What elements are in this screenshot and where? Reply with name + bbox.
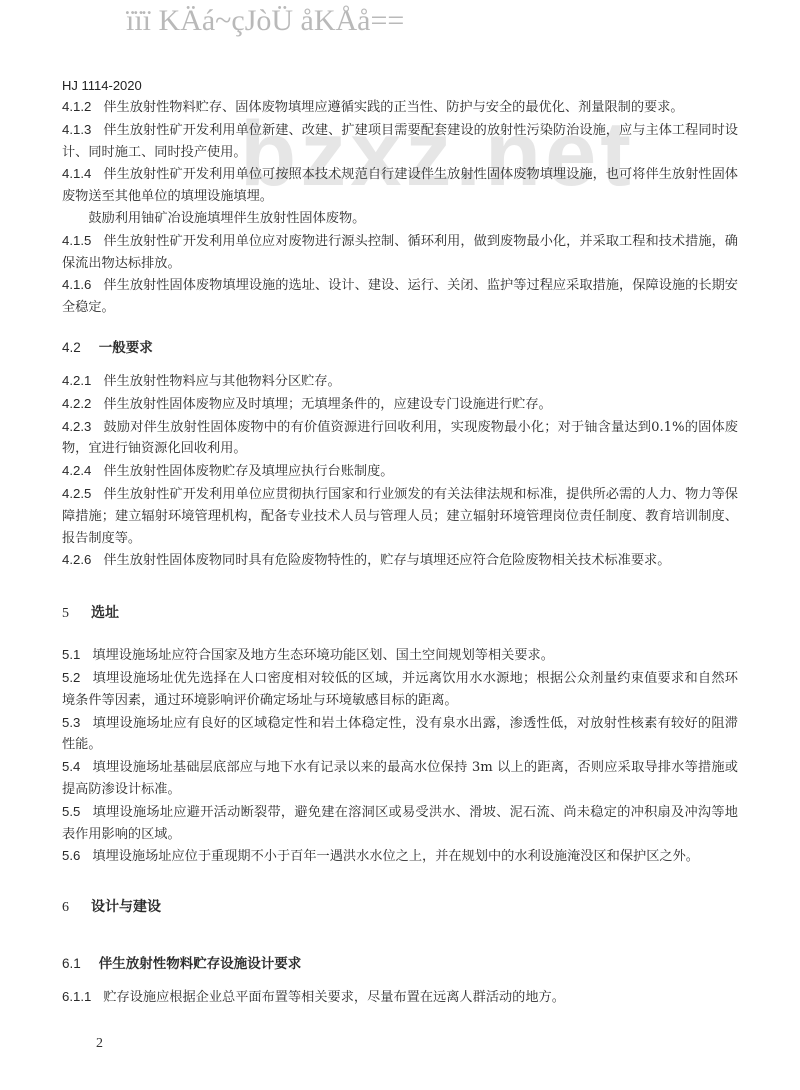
- clause-4-2-6: 4.2.6伴生放射性固体废物同时具有危险废物特性的，贮存与填埋还应符合危险废物相…: [62, 549, 738, 572]
- clause-text: 填埋设施场址基础层底部应与地下水有记录以来的最高水位保持 3m 以上的距离，否则…: [62, 760, 738, 797]
- clause-number: 6.1.1: [62, 989, 91, 1004]
- page-number: 2: [96, 1036, 103, 1052]
- clause-text: 伴生放射性物料应与其他物料分区贮存。: [103, 374, 340, 389]
- clause-text: 伴生放射性矿开发利用单位新建、改建、扩建项目需要配套建设的放射性污染防治设施，应…: [62, 123, 738, 160]
- clause-5-5: 5.5填埋设施场址应避开活动断裂带，避免建在溶洞区或易受洪水、滑坡、泥石流、尚未…: [62, 801, 738, 846]
- clause-text: 伴生放射性固体废物贮存及填埋应执行台账制度。: [103, 464, 393, 479]
- clause-text: 填埋设施场址应符合国家及地方生态环境功能区划、国土空间规划等相关要求。: [92, 648, 554, 663]
- clause-5-6: 5.6填埋设施场址应位于重现期不小于百年一遇洪水水位之上，并在规划中的水利设施淹…: [62, 845, 738, 868]
- clause-text: 伴生放射性矿开发利用单位应贯彻执行国家和行业颁发的有关法律法规和标准，提供所必需…: [62, 487, 738, 546]
- clause-5-2: 5.2填埋设施场址优先选择在人口密度相对较低的区域，并远离饮用水水源地；根据公众…: [62, 667, 738, 712]
- clause-text: 伴生放射性固体废物填埋设施的选址、设计、建设、运行、关闭、监护等过程应采取措施，…: [62, 278, 738, 315]
- clause-5-1: 5.1填埋设施场址应符合国家及地方生态环境功能区划、国土空间规划等相关要求。: [62, 644, 738, 667]
- heading-title: 一般要求: [99, 340, 153, 356]
- clause-number: 4.2.6: [62, 552, 91, 567]
- clause-number: 4.1.4: [62, 166, 91, 181]
- clause-number: 5.4: [62, 759, 80, 774]
- heading-number: 6.1: [62, 956, 81, 971]
- standard-code: HJ 1114-2020: [62, 78, 142, 93]
- clause-text: 鼓励利用铀矿冶设施填埋伴生放射性固体废物。: [88, 211, 365, 226]
- heading-number: 4.2: [62, 340, 81, 355]
- garbled-header-text: ïïï KÄá~çJòÜ åKÅå==: [126, 4, 404, 38]
- clause-text: 填埋设施场址优先选择在人口密度相对较低的区域，并远离饮用水水源地；根据公众剂量约…: [62, 671, 738, 708]
- heading-title: 设计与建设: [91, 899, 161, 915]
- clause-number: 4.2.3: [62, 419, 91, 434]
- clause-4-2-3: 4.2.3鼓励对伴生放射性固体废物中的有价值资源进行回收利用，实现废物最小化；对…: [62, 416, 738, 461]
- clause-number: 5.5: [62, 804, 80, 819]
- heading-title: 选址: [91, 605, 119, 621]
- heading-6-1: 6.1伴生放射性物料贮存设施设计要求: [62, 952, 738, 972]
- heading-5: 5选址: [62, 602, 738, 622]
- clause-number: 4.2.2: [62, 396, 91, 411]
- clause-4-2-5: 4.2.5伴生放射性矿开发利用单位应贯彻执行国家和行业颁发的有关法律法规和标准，…: [62, 483, 738, 549]
- clause-4-2-4: 4.2.4伴生放射性固体废物贮存及填埋应执行台账制度。: [62, 460, 738, 483]
- heading-number: 6: [62, 900, 69, 915]
- clause-number: 4.2.4: [62, 463, 91, 478]
- clause-5-4: 5.4填埋设施场址基础层底部应与地下水有记录以来的最高水位保持 3m 以上的距离…: [62, 756, 738, 801]
- clause-text: 填埋设施场址应有良好的区域稳定性和岩土体稳定性，没有泉水出露，渗透性低，对放射性…: [62, 716, 738, 753]
- clause-number: 4.1.2: [62, 99, 91, 114]
- clause-4-1-3: 4.1.3伴生放射性矿开发利用单位新建、改建、扩建项目需要配套建设的放射性污染防…: [62, 119, 738, 164]
- clause-6-1-1: 6.1.1贮存设施应根据企业总平面布置等相关要求，尽量布置在远离人群活动的地方。: [62, 986, 738, 1009]
- clause-4-1-4-note: 鼓励利用铀矿冶设施填埋伴生放射性固体废物。: [62, 208, 738, 230]
- heading-4-2: 4.2一般要求: [62, 336, 738, 356]
- document-body: 4.1.2伴生放射性物料贮存、固体废物填埋应遵循实践的正当性、防护与安全的最优化…: [62, 96, 738, 1009]
- heading-6: 6设计与建设: [62, 896, 738, 916]
- clause-text: 填埋设施场址应位于重现期不小于百年一遇洪水水位之上，并在规划中的水利设施淹没区和…: [92, 849, 699, 864]
- clause-number: 4.1.5: [62, 233, 91, 248]
- clause-4-1-5: 4.1.5伴生放射性矿开发利用单位应对废物进行源头控制、循环利用，做到废物最小化…: [62, 230, 738, 275]
- clause-number: 4.2.5: [62, 486, 91, 501]
- clause-number: 5.6: [62, 848, 80, 863]
- clause-number: 5.2: [62, 670, 80, 685]
- clause-text: 伴生放射性物料贮存、固体废物填埋应遵循实践的正当性、防护与安全的最优化、剂量限制…: [103, 100, 683, 115]
- clause-number: 5.3: [62, 715, 80, 730]
- heading-title: 伴生放射性物料贮存设施设计要求: [99, 956, 302, 972]
- heading-number: 5: [62, 606, 69, 621]
- clause-text: 填埋设施场址应避开活动断裂带，避免建在溶洞区或易受洪水、滑坡、泥石流、尚未稳定的…: [62, 805, 738, 842]
- clause-text: 伴生放射性矿开发利用单位可按照本技术规范自行建设伴生放射性固体废物填埋设施，也可…: [62, 167, 738, 204]
- clause-4-2-2: 4.2.2伴生放射性固体废物应及时填埋；无填埋条件的，应建设专门设施进行贮存。: [62, 393, 738, 416]
- clause-4-1-2: 4.1.2伴生放射性物料贮存、固体废物填埋应遵循实践的正当性、防护与安全的最优化…: [62, 96, 738, 119]
- clause-text: 伴生放射性固体废物应及时填埋；无填埋条件的，应建设专门设施进行贮存。: [103, 397, 551, 412]
- clause-number: 4.2.1: [62, 373, 91, 388]
- clause-4-1-6: 4.1.6伴生放射性固体废物填埋设施的选址、设计、建设、运行、关闭、监护等过程应…: [62, 274, 738, 319]
- clause-5-3: 5.3填埋设施场址应有良好的区域稳定性和岩土体稳定性，没有泉水出露，渗透性低，对…: [62, 712, 738, 757]
- clause-text: 贮存设施应根据企业总平面布置等相关要求，尽量布置在远离人群活动的地方。: [103, 990, 565, 1005]
- clause-text: 伴生放射性矿开发利用单位应对废物进行源头控制、循环利用，做到废物最小化，并采取工…: [62, 234, 738, 271]
- clause-text: 鼓励对伴生放射性固体废物中的有价值资源进行回收利用，实现废物最小化；对于铀含量达…: [62, 420, 738, 457]
- clause-4-1-4: 4.1.4伴生放射性矿开发利用单位可按照本技术规范自行建设伴生放射性固体废物填埋…: [62, 163, 738, 208]
- clause-number: 4.1.6: [62, 277, 91, 292]
- clause-4-2-1: 4.2.1伴生放射性物料应与其他物料分区贮存。: [62, 370, 738, 393]
- clause-text: 伴生放射性固体废物同时具有危险废物特性的，贮存与填埋还应符合危险废物相关技术标准…: [103, 553, 670, 568]
- clause-number: 4.1.3: [62, 122, 91, 137]
- clause-number: 5.1: [62, 647, 80, 662]
